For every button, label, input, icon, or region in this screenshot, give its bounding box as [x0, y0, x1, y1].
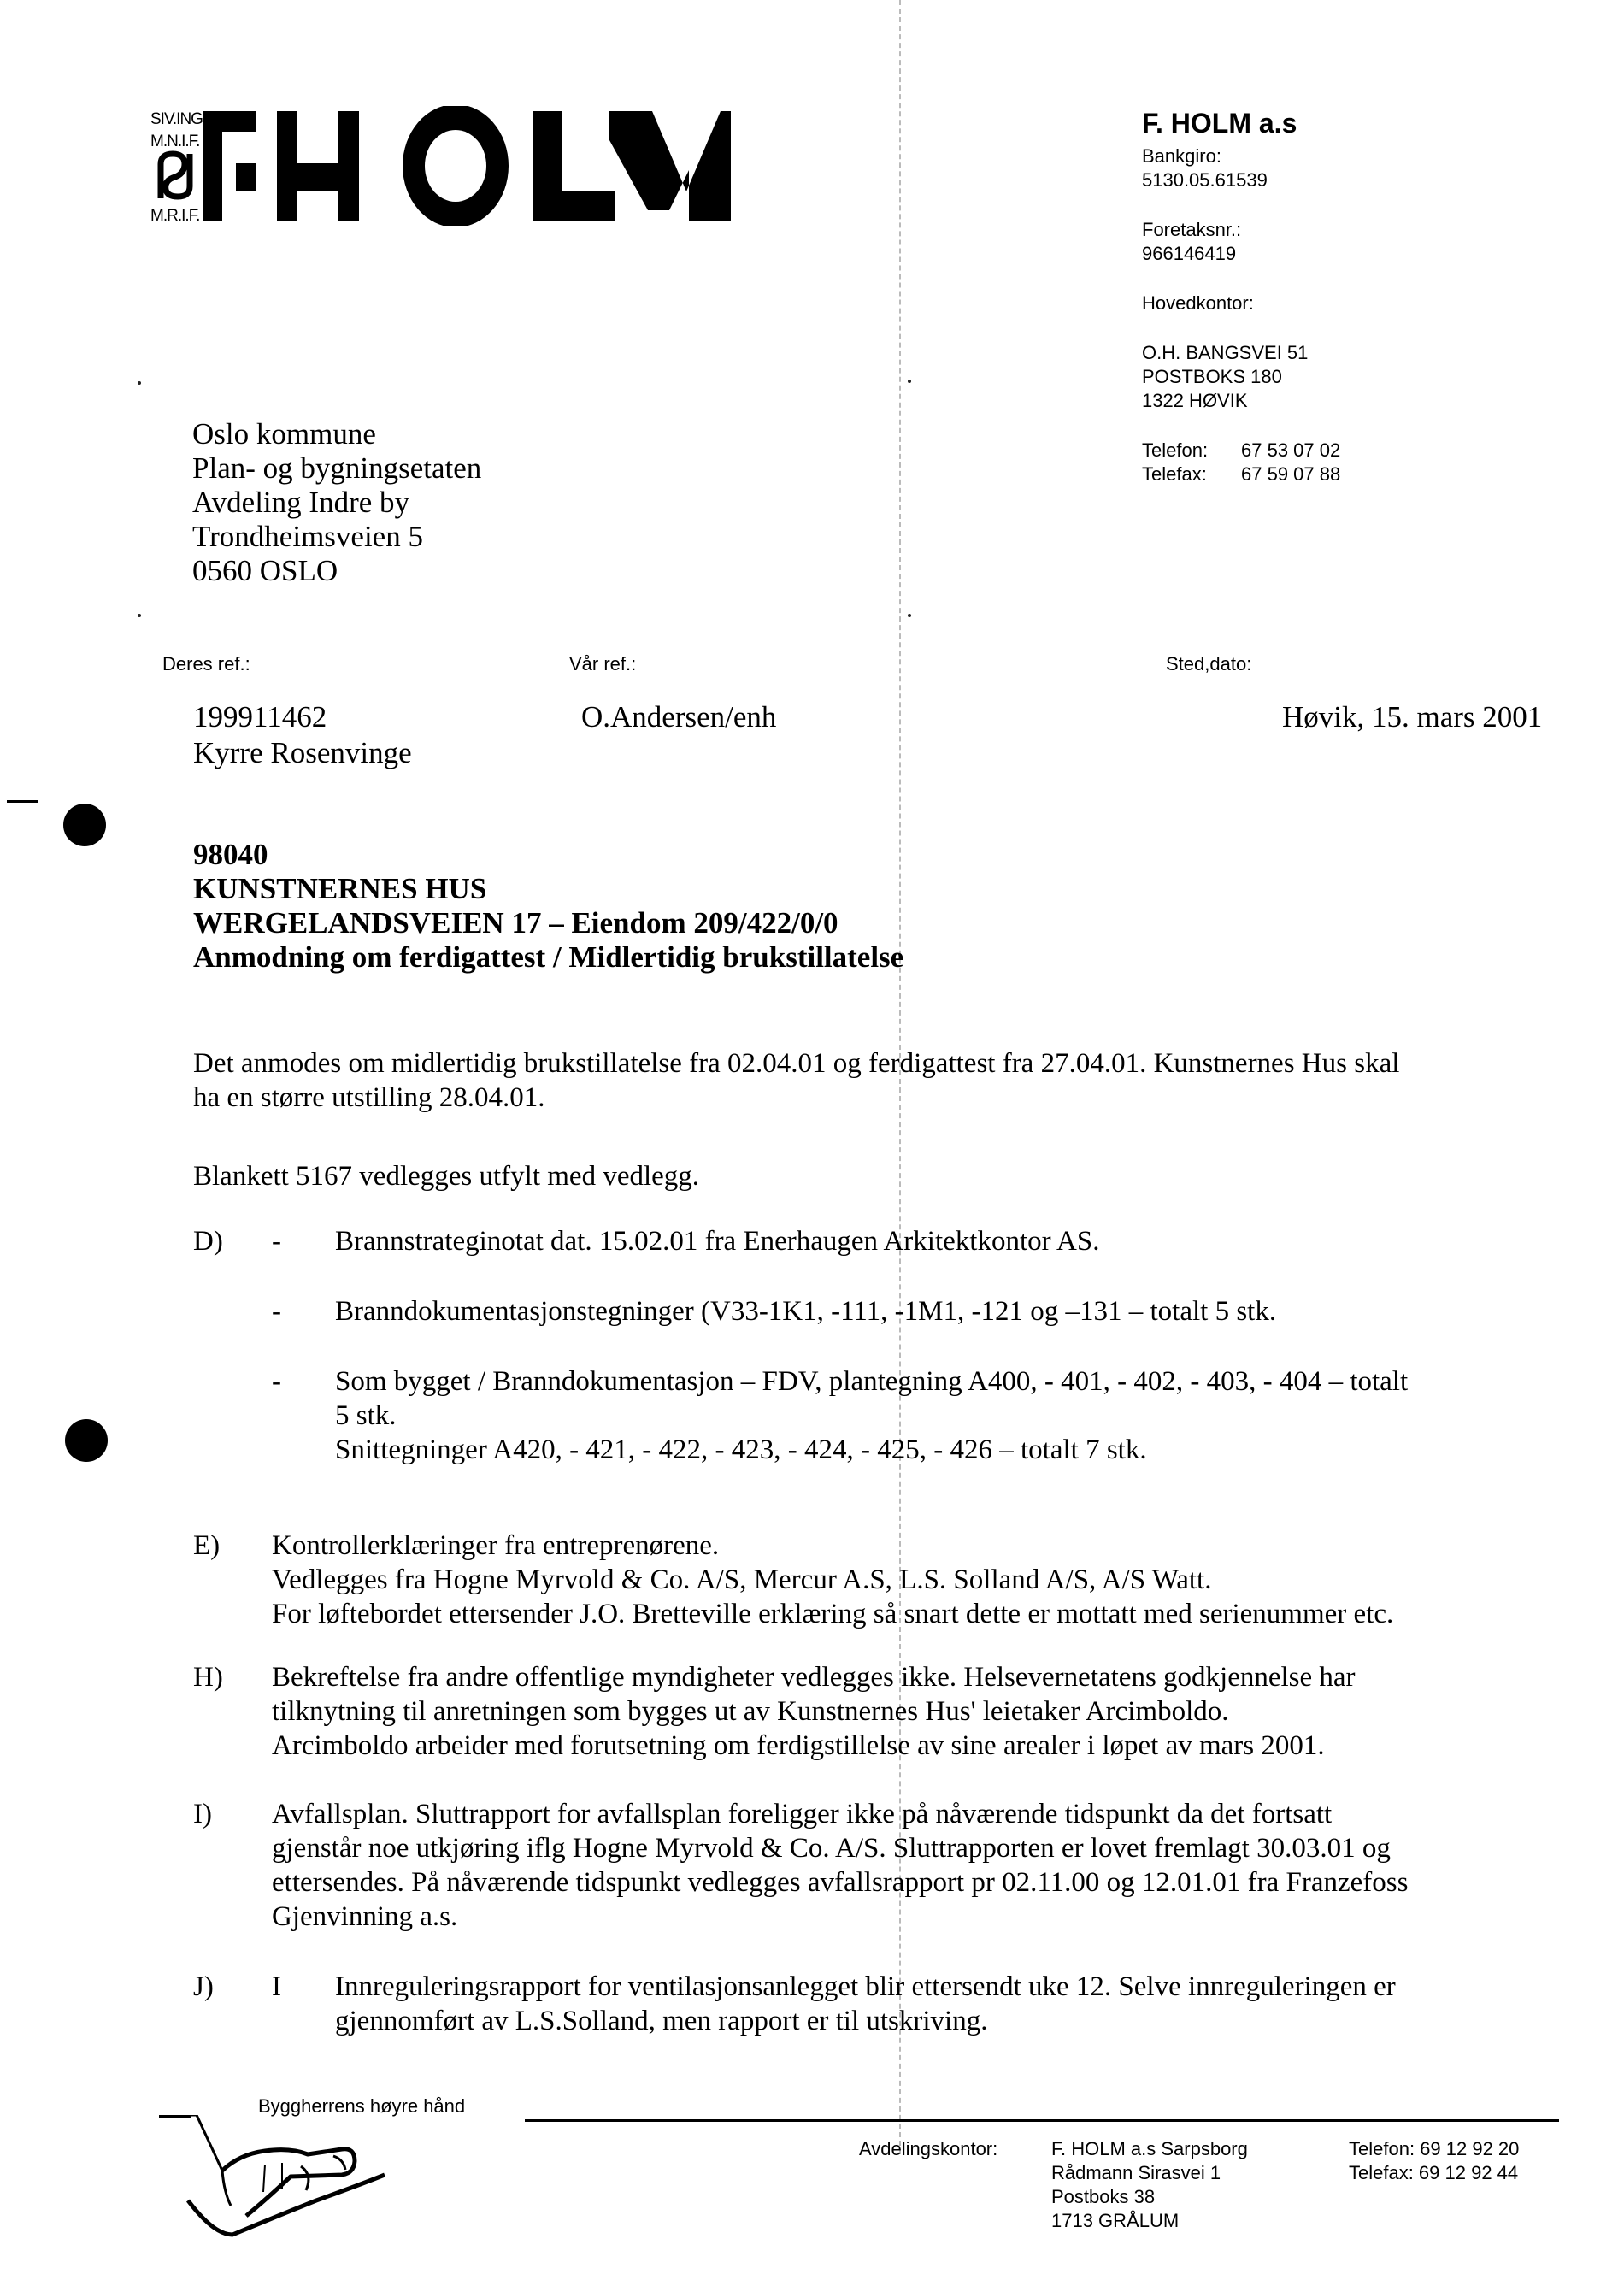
- list-dash: -: [272, 1224, 281, 1258]
- section-line: Arcimboldo arbeider med forutsetning om …: [272, 1729, 1356, 1763]
- scan-speck: [908, 380, 911, 383]
- telefax-label: Telefax:: [1142, 462, 1241, 486]
- cert-mrif: M.R.I.F.: [150, 205, 199, 227]
- sted-dato: Høvik, 15. mars 2001: [1282, 699, 1542, 735]
- list-item-line: 5 stk.: [335, 1399, 1408, 1433]
- list-dash: -: [272, 1364, 281, 1399]
- section-letter: I): [193, 1797, 212, 1831]
- section-letter: E): [193, 1529, 220, 1563]
- section-text: Bekreftelse fra andre offentlige myndigh…: [272, 1660, 1356, 1763]
- recipient-line: Plan- og bygningsetaten: [192, 451, 481, 486]
- telefax-row: Telefax:67 59 07 88: [1142, 462, 1340, 486]
- scan-mark: [7, 800, 38, 803]
- list-dash: -: [272, 1294, 281, 1329]
- scan-speck: [138, 614, 141, 617]
- subject-address: WERGELANDSVEIEN 17 – Eiendom 209/422/0/0: [193, 906, 903, 940]
- section-text: Kontrollerklæringer fra entreprenørene. …: [272, 1529, 1393, 1631]
- section-line: Avfallsplan. Sluttrapport for avfallspla…: [272, 1797, 1408, 1831]
- foretaksnr-label: Foretaksnr.:: [1142, 218, 1340, 242]
- branch-telefon: Telefon: 69 12 92 20: [1349, 2137, 1519, 2161]
- sted-dato-label: Sted,dato:: [1166, 653, 1251, 675]
- deres-ref-person: Kyrre Rosenvinge: [193, 735, 412, 771]
- section-text: Innreguleringsrapport for ventilasjonsan…: [335, 1970, 1396, 2038]
- list-item-line: Snittegninger A420, - 421, - 422, - 423,…: [335, 1433, 1408, 1467]
- rif-emblem-icon: [157, 150, 193, 200]
- telefon-row: Telefon:67 53 07 02: [1142, 439, 1340, 462]
- bankgiro-label: Bankgiro:: [1142, 144, 1340, 168]
- sender-block: F. HOLM a.s Bankgiro: 5130.05.61539 Fore…: [1142, 108, 1340, 486]
- telefon-label: Telefon:: [1142, 439, 1241, 462]
- recipient-line: Avdeling Indre by: [192, 486, 481, 520]
- intro-line: ha en større utstilling 28.04.01.: [193, 1081, 1399, 1115]
- section-i: I) Avfallsplan. Sluttrapport for avfalls…: [193, 1797, 1561, 1942]
- deres-ref-label: Deres ref.:: [162, 653, 250, 675]
- branch-line: Rådmann Sirasvei 1: [1051, 2161, 1248, 2185]
- section-marker: I: [272, 1970, 281, 2004]
- section-line: For løftebordet ettersender J.O. Brettev…: [272, 1597, 1393, 1631]
- recipient-line: Trondheimsveien 5: [192, 520, 481, 554]
- cert-siving: SIV.ING.: [150, 109, 206, 131]
- section-line: Kontrollerklæringer fra entreprenørene.: [272, 1529, 1393, 1563]
- section-line: Bekreftelse fra andre offentlige myndigh…: [272, 1660, 1356, 1694]
- branch-line: F. HOLM a.s Sarpsborg: [1051, 2137, 1248, 2161]
- deres-ref-number: 199911462: [193, 699, 412, 735]
- address-line: 1322 HØVIK: [1142, 389, 1340, 413]
- var-ref: O.Andersen/enh: [581, 699, 776, 735]
- hand-icon: [162, 2115, 530, 2252]
- blankett-line: Blankett 5167 vedlegges utfylt med vedle…: [193, 1159, 699, 1193]
- list-item-line: Som bygget / Branndokumentasjon – FDV, p…: [335, 1364, 1408, 1399]
- section-line: Innreguleringsrapport for ventilasjonsan…: [335, 1970, 1396, 2004]
- section-d: D) - Brannstrateginotat dat. 15.02.01 fr…: [193, 1224, 1561, 1481]
- intro-line: Det anmodes om midlertidig brukstillatel…: [193, 1046, 1399, 1081]
- address-line: POSTBOKS 180: [1142, 365, 1340, 389]
- section-letter: D): [193, 1224, 223, 1258]
- intro-paragraph: Det anmodes om midlertidig brukstillatel…: [193, 1046, 1399, 1115]
- address-line: O.H. BANGSVEI 51: [1142, 341, 1340, 365]
- subject-building: KUNSTNERNES HUS: [193, 872, 903, 906]
- branch-line: 1713 GRÅLUM: [1051, 2209, 1248, 2233]
- subject-project-number: 98040: [193, 838, 903, 872]
- punch-hole: [63, 804, 106, 846]
- section-letter: H): [193, 1660, 223, 1694]
- company-logo: [203, 106, 853, 226]
- section-line: Vedlegges fra Hogne Myrvold & Co. A/S, M…: [272, 1563, 1393, 1597]
- subject-block: 98040 KUNSTNERNES HUS WERGELANDSVEIEN 17…: [193, 838, 903, 975]
- telefax-value: 67 59 07 88: [1241, 463, 1340, 485]
- hovedkontor-label: Hovedkontor:: [1142, 292, 1340, 315]
- list-item: Brannstrateginotat dat. 15.02.01 fra Ene…: [335, 1224, 1099, 1258]
- scan-speck: [138, 381, 141, 385]
- recipient-address: Oslo kommune Plan- og bygningsetaten Avd…: [192, 417, 481, 588]
- branch-address: F. HOLM a.s Sarpsborg Rådmann Sirasvei 1…: [1051, 2137, 1248, 2233]
- list-item: Branndokumentasjonstegninger (V33-1K1, -…: [335, 1294, 1276, 1329]
- bankgiro-value: 5130.05.61539: [1142, 168, 1340, 192]
- foretaksnr-value: 966146419: [1142, 242, 1340, 266]
- section-line: gjenstår noe utkjøring iflg Hogne Myrvol…: [272, 1831, 1408, 1865]
- avdelingskontor-label: Avdelingskontor:: [859, 2137, 997, 2161]
- section-text: Avfallsplan. Sluttrapport for avfallspla…: [272, 1797, 1408, 1934]
- deres-ref: 199911462 Kyrre Rosenvinge: [193, 699, 412, 771]
- punch-hole: [65, 1419, 108, 1462]
- footer-rule: [525, 2119, 1559, 2122]
- branch-line: Postboks 38: [1051, 2185, 1248, 2209]
- section-line: Gjenvinning a.s.: [272, 1900, 1408, 1934]
- certifications: SIV.ING. M.N.I.F.: [150, 109, 206, 153]
- branch-telefax: Telefax: 69 12 92 44: [1349, 2161, 1519, 2185]
- subject-title: Anmodning om ferdigattest / Midlertidig …: [193, 940, 903, 975]
- recipient-line: Oslo kommune: [192, 417, 481, 451]
- section-letter: J): [193, 1970, 214, 2004]
- section-h: H) Bekreftelse fra andre offentlige mynd…: [193, 1660, 1561, 1771]
- var-ref-label: Vår ref.:: [569, 653, 636, 675]
- scan-speck: [908, 614, 911, 617]
- list-item: Som bygget / Branndokumentasjon – FDV, p…: [335, 1364, 1408, 1467]
- branch-phones: Telefon: 69 12 92 20 Telefax: 69 12 92 4…: [1349, 2137, 1519, 2185]
- telefon-value: 67 53 07 02: [1241, 439, 1340, 461]
- company-name: F. HOLM a.s: [1142, 108, 1340, 139]
- section-j: J) I Innreguleringsrapport for ventilasj…: [193, 1970, 1561, 2047]
- section-line: gjennomført av L.S.Solland, men rapport …: [335, 2004, 1396, 2038]
- section-line: ettersendes. På nåværende tidspunkt vedl…: [272, 1865, 1408, 1900]
- recipient-line: 0560 OSLO: [192, 554, 481, 588]
- section-line: tilknytning til anretningen som bygges u…: [272, 1694, 1356, 1729]
- section-e: E) Kontrollerklæringer fra entreprenøren…: [193, 1529, 1561, 1640]
